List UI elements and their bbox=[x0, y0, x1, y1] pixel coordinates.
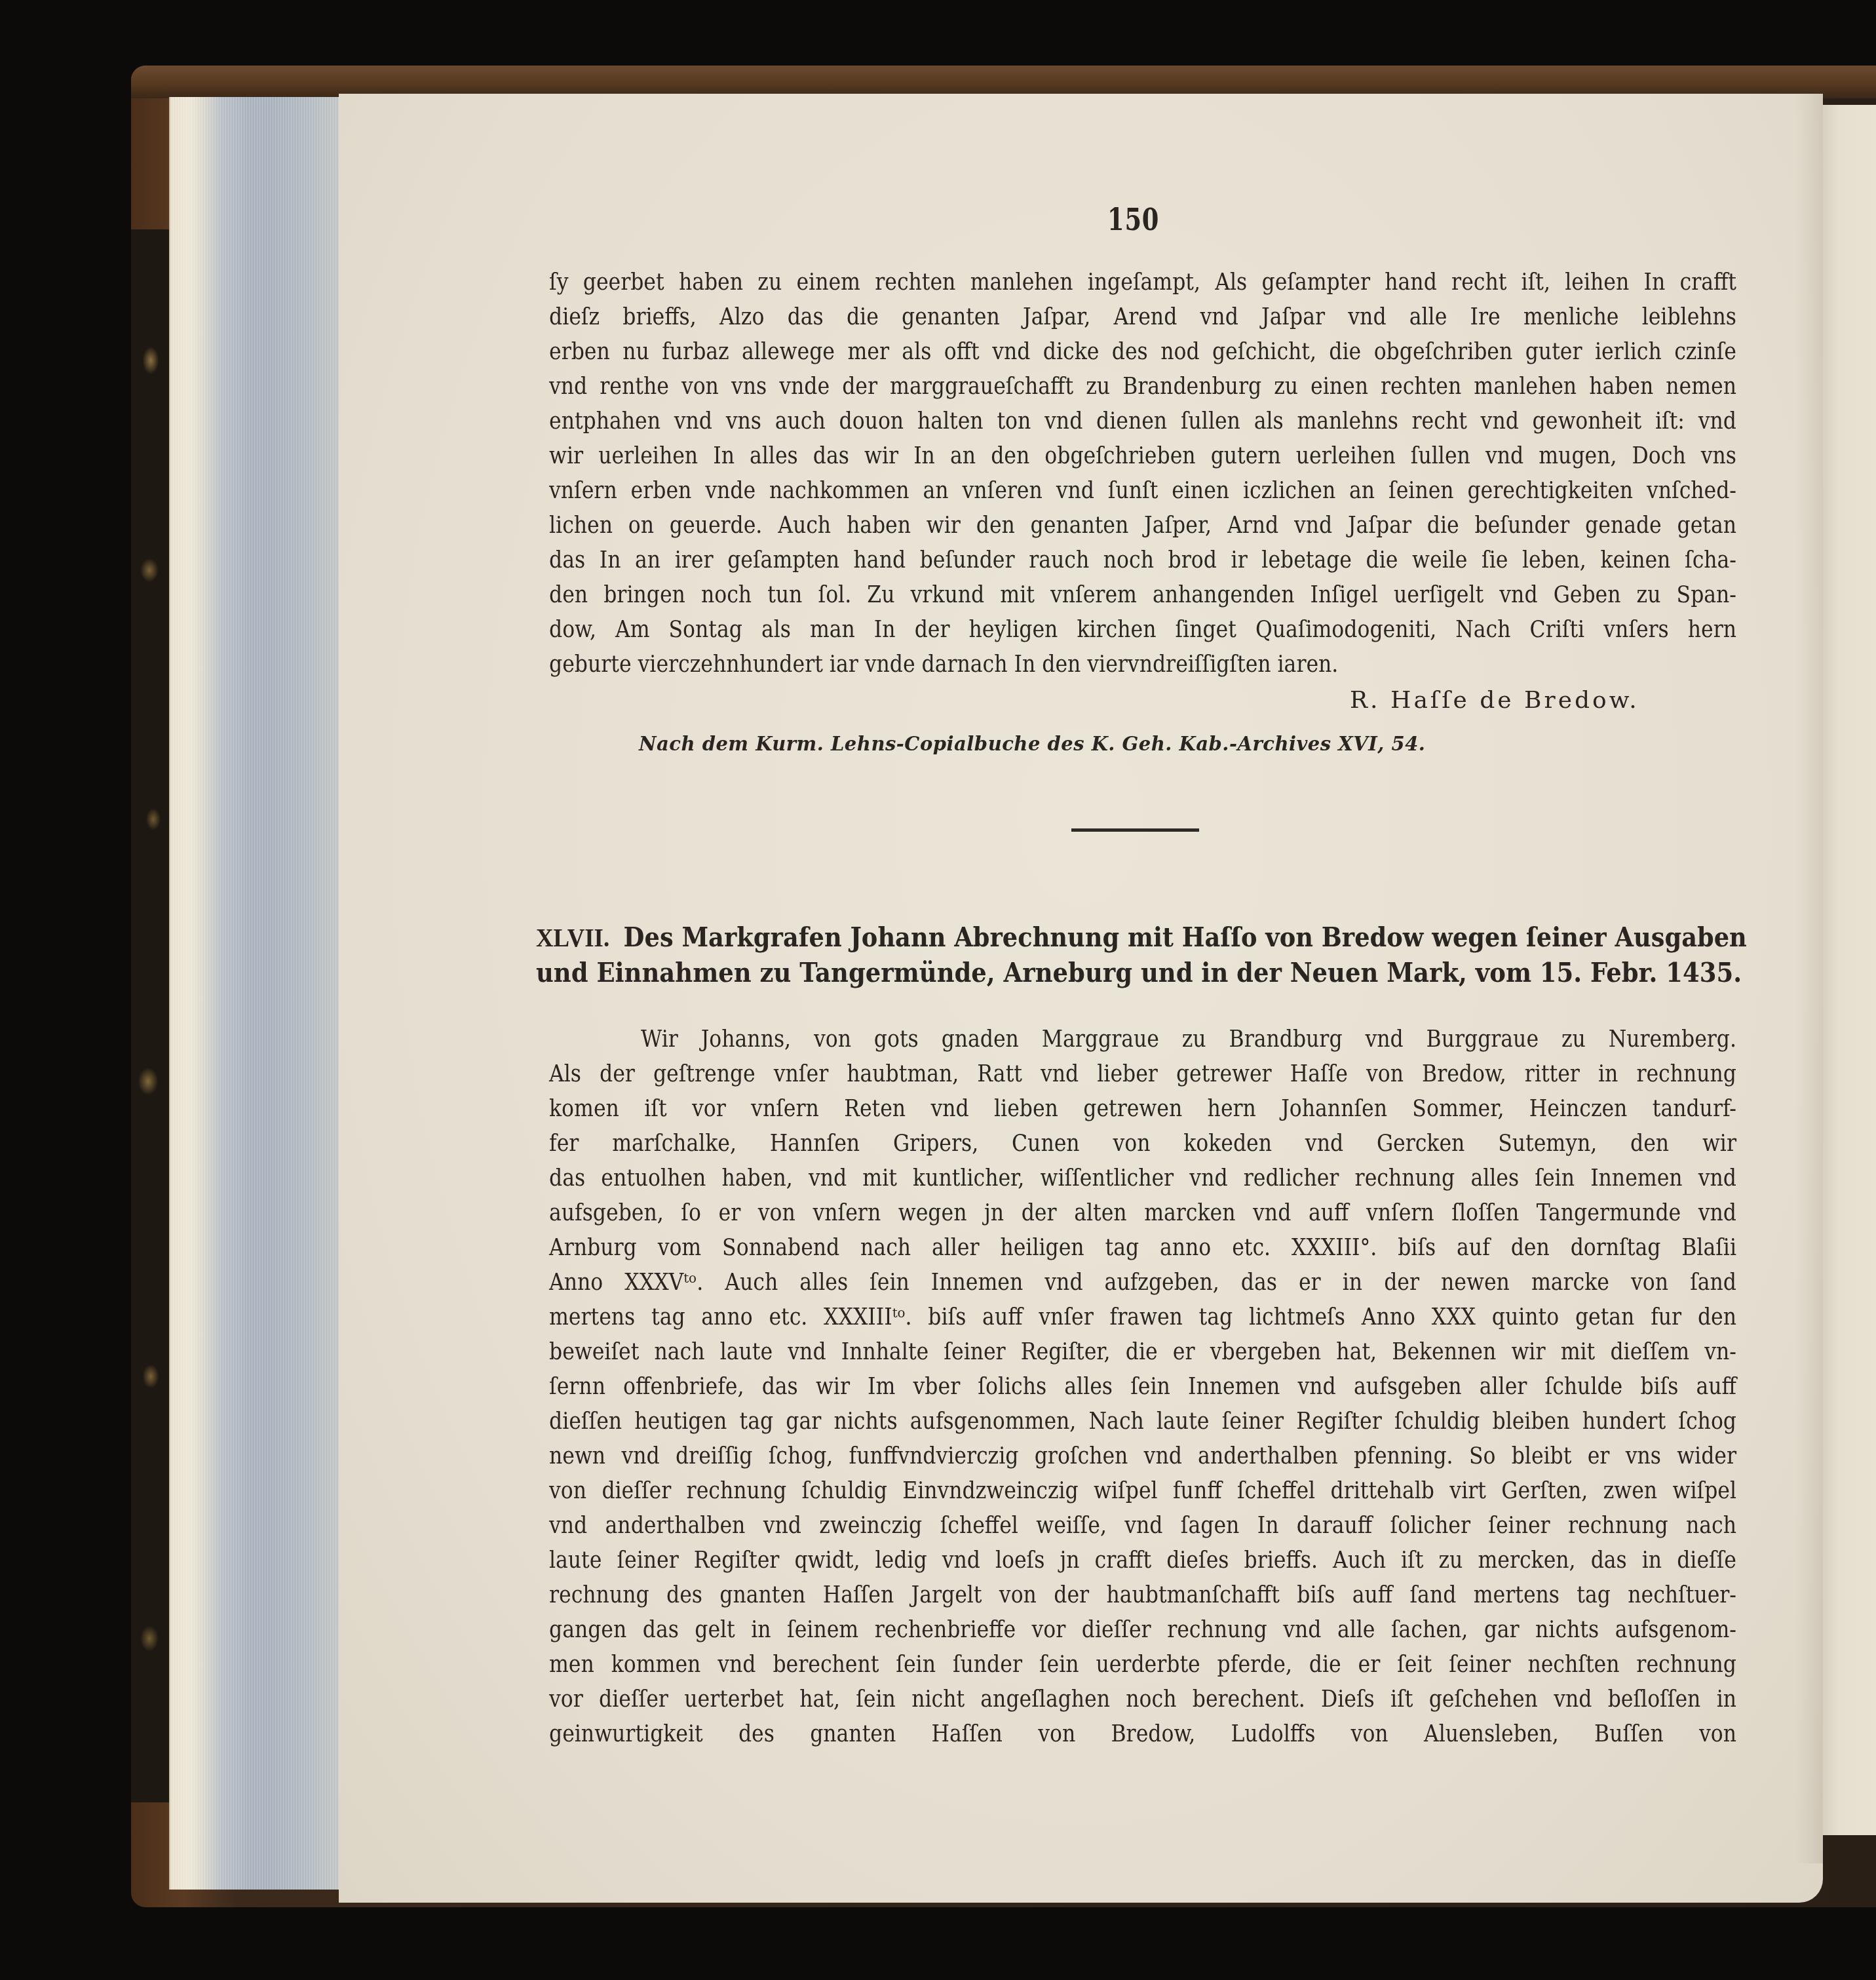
text-line: dow, Am Sontag als man In der heyligen k… bbox=[549, 613, 1736, 648]
text-line: laute ſeiner Regiſter qwidt, ledig vnd l… bbox=[549, 1543, 1736, 1578]
document-number: XLVII. bbox=[536, 922, 609, 952]
marbled-cover-edge bbox=[131, 229, 170, 1802]
text-line: den bringen noch tun ſol. Zu vrkund mit … bbox=[549, 578, 1736, 613]
text-line: Anno XXXVᵗᵒ. Auch alles ſein Innemen vnd… bbox=[549, 1266, 1736, 1300]
text-line: das entuolhen haben, vnd mit kuntlicher,… bbox=[549, 1161, 1736, 1196]
text-line: newn vnd dreiſſig ſchog, funffvndvierczi… bbox=[549, 1439, 1736, 1474]
text-line: erben nu furbaz allewege mer als offt vn… bbox=[549, 335, 1736, 370]
text-line: das In an irer geſampten hand beſunder r… bbox=[549, 543, 1736, 578]
text-line: aufsgeben, ſo er von vnſern wegen jn der… bbox=[549, 1196, 1736, 1231]
text-line: dieſſen heutigen tag gar nichts aufsgeno… bbox=[549, 1405, 1736, 1439]
text-line: beweiſet nach laute vnd Innhalte ſeiner … bbox=[549, 1335, 1736, 1370]
signature: R. Haſſe de Bredow. bbox=[1350, 687, 1639, 714]
text-line: von dieſſer rechnung ſchuldig Einvndzwei… bbox=[549, 1474, 1736, 1509]
text-line: lichen on geuerde. Auch haben wir den ge… bbox=[549, 509, 1736, 543]
text-line: ſy geerbet haben zu einem rechten manleh… bbox=[549, 265, 1736, 300]
heading-line-1: XLVII.Des Markgrafen Johann Abrechnung m… bbox=[536, 920, 1742, 955]
text-line: Als der geſtrenge vnſer haubtman, Ratt v… bbox=[549, 1057, 1736, 1092]
text-line: wir uerleihen In alles das wir In an den… bbox=[549, 439, 1736, 474]
page-fore-edge-stack bbox=[169, 97, 342, 1890]
page-number: 150 bbox=[1107, 202, 1159, 237]
source-footnote: Nach dem Kurm. Lehns-Copialbuche des K. … bbox=[639, 733, 1425, 755]
text-line: vor dieſſer uerterbet hat, ſein nicht an… bbox=[549, 1682, 1736, 1717]
section-divider bbox=[1071, 828, 1199, 832]
document-2-body: Wir Johanns, von gots gnaden Marggraue z… bbox=[549, 1022, 1736, 1752]
document-2-heading: XLVII.Des Markgrafen Johann Abrechnung m… bbox=[536, 920, 1742, 990]
text-line: gangen das gelt in ſeinem rechenbrieffe … bbox=[549, 1613, 1736, 1648]
text-line: Wir Johanns, von gots gnaden Marggraue z… bbox=[549, 1022, 1736, 1057]
text-line: dieſz brieffs, Alzo das die genanten Jaſ… bbox=[549, 300, 1736, 335]
text-line: fer marſchalke, Hannſen Gripers, Cunen v… bbox=[549, 1127, 1736, 1161]
text-line: geburte vierczehnhundert iar vnde darnac… bbox=[549, 648, 1736, 682]
text-line: vnſern erben vnde nachkommen an vnſeren … bbox=[549, 474, 1736, 509]
text-line: mertens tag anno etc. XXXIIIᵗᵒ. biſs auf… bbox=[549, 1300, 1736, 1335]
heading-line-2: und Einnahmen zu Tangermünde, Arneburg u… bbox=[536, 955, 1742, 990]
text-line: komen iſt vor vnſern Reten vnd lieben ge… bbox=[549, 1092, 1736, 1127]
gutter-shadow bbox=[1795, 94, 1823, 1863]
text-line: Arnburg vom Sonnabend nach aller heilige… bbox=[549, 1231, 1736, 1266]
text-line: ſernn offenbriefe, das wir Im vber ſolic… bbox=[549, 1370, 1736, 1405]
text-line: men kommen vnd berechent ſein ſunder ſei… bbox=[549, 1648, 1736, 1682]
text-line: geinwurtigkeit des gnanten Haſſen von Br… bbox=[549, 1717, 1736, 1752]
heading-title-part-1: Des Markgrafen Johann Abrechnung mit Haſ… bbox=[624, 922, 1747, 953]
text-line: entphahen vnd vns auch douon halten ton … bbox=[549, 404, 1736, 439]
text-line: rechnung des gnanten Haſſen Jargelt von … bbox=[549, 1578, 1736, 1613]
facing-page-edge bbox=[1823, 105, 1876, 1835]
text-line: vnd renthe von vns vnde der marggraueſch… bbox=[549, 370, 1736, 404]
text-line: vnd anderthalben vnd zweinczig ſcheffel … bbox=[549, 1509, 1736, 1543]
document-1-body: ſy geerbet haben zu einem rechten manleh… bbox=[549, 265, 1736, 682]
